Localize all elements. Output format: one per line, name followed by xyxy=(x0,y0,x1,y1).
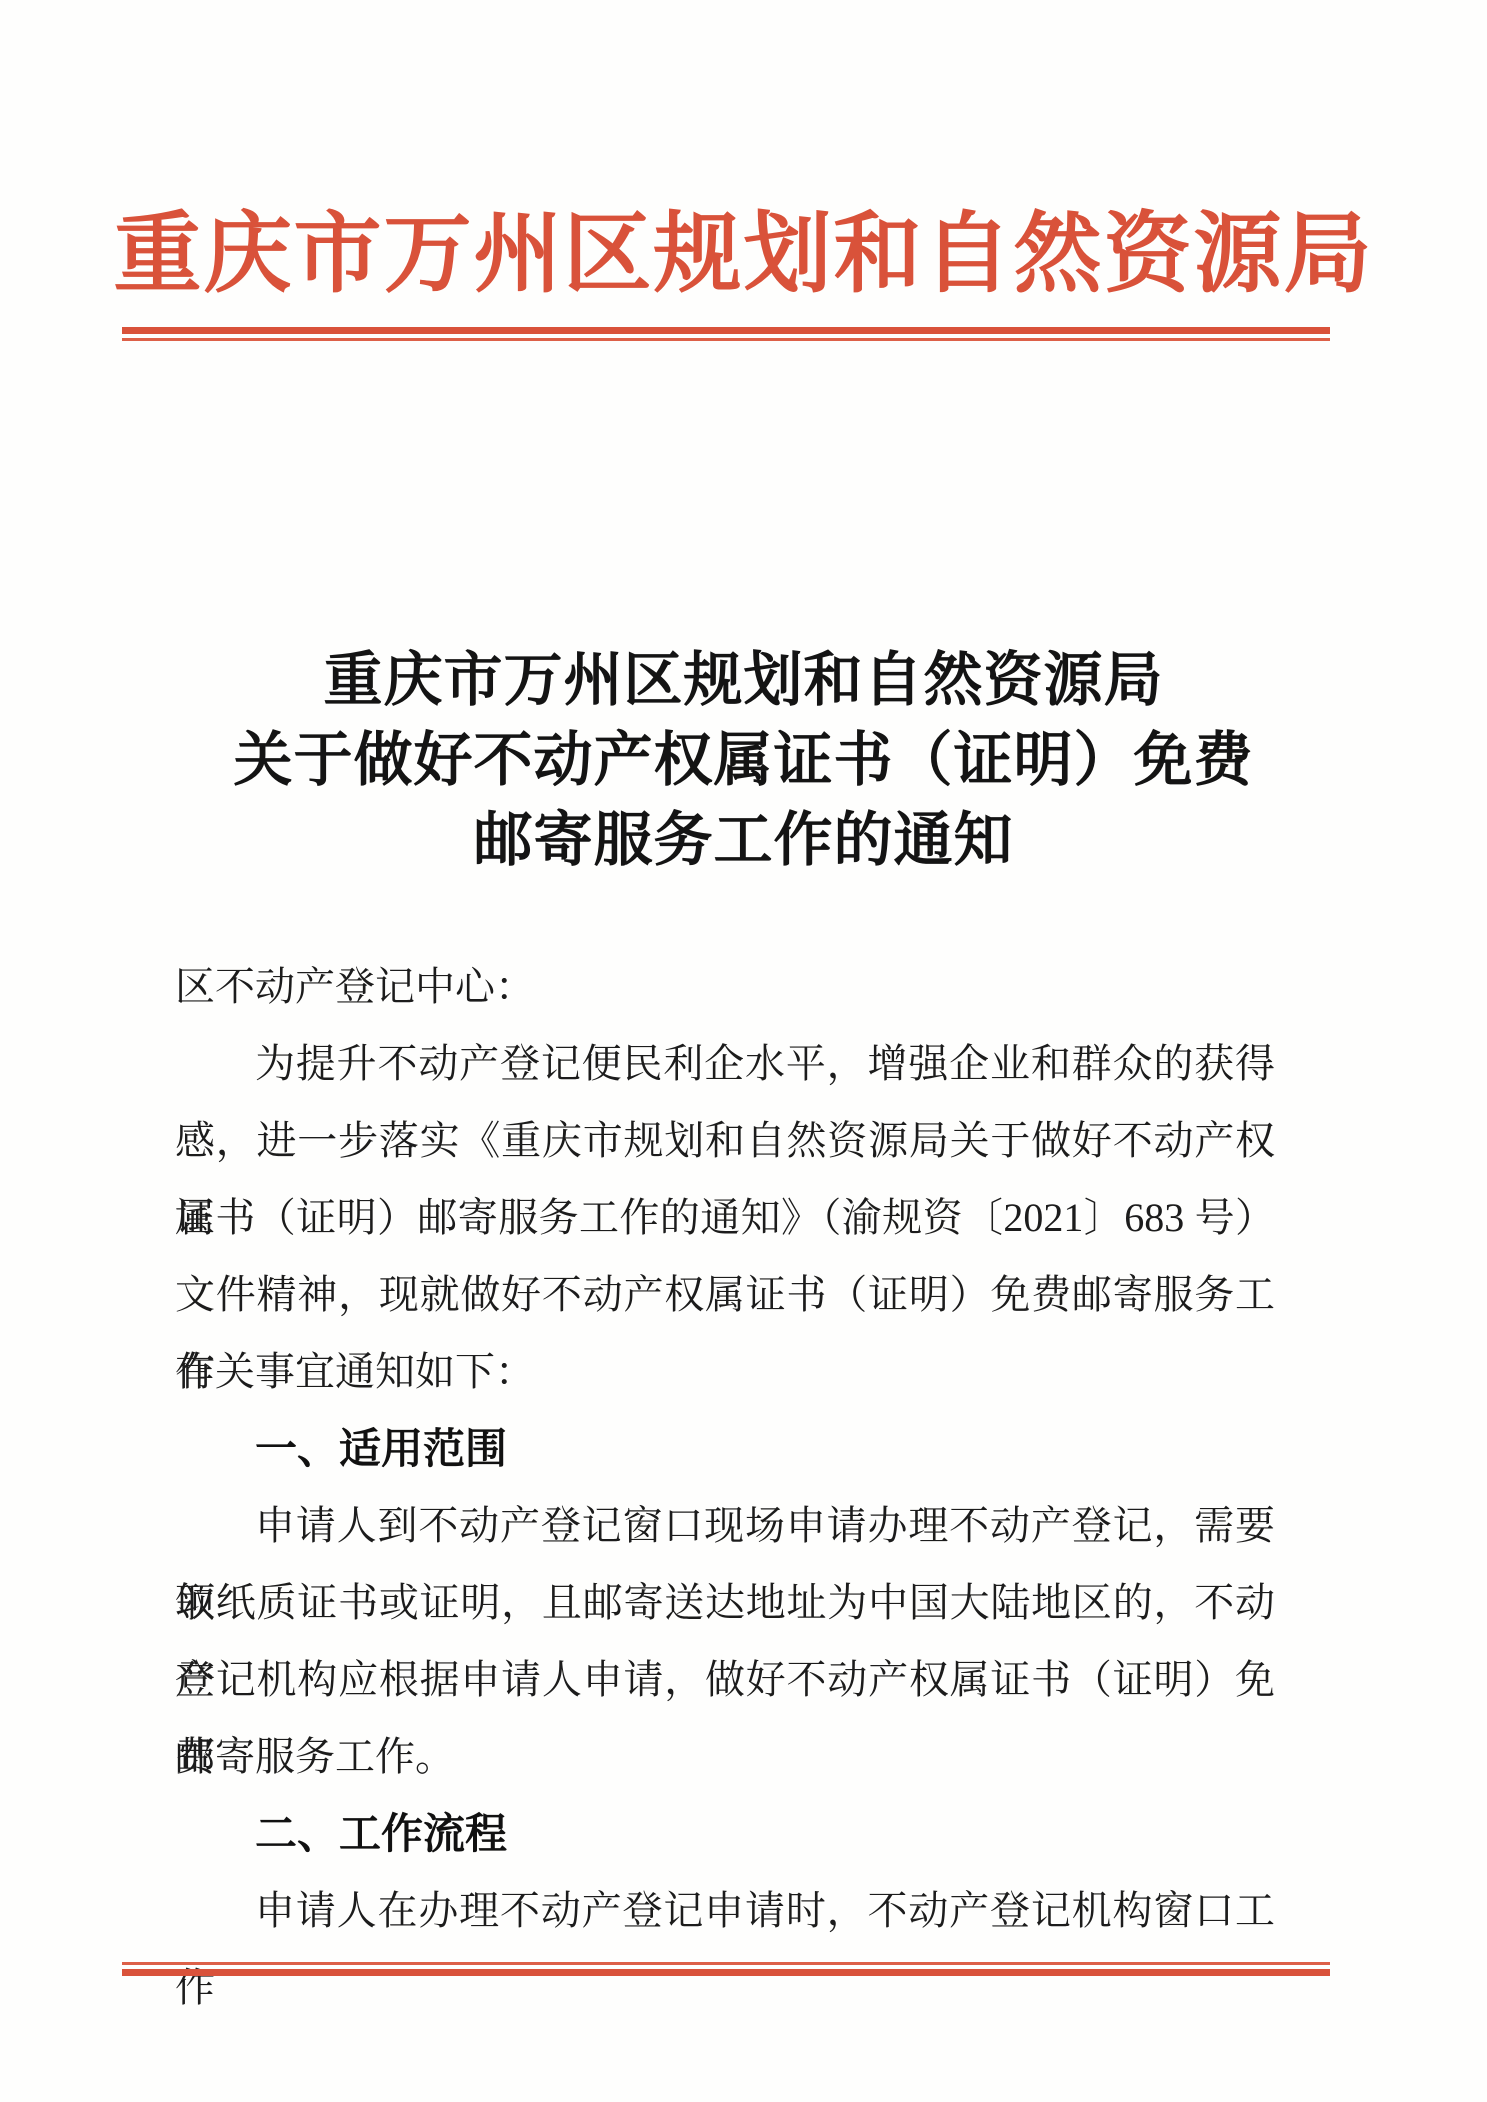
footer-rule xyxy=(122,1962,1330,1976)
body-line: 申请人在办理不动产登记申请时，不动产登记机构窗口工作 xyxy=(175,1872,1275,1949)
title-line-1: 重庆市万州区规划和自然资源局 xyxy=(0,640,1487,720)
document-body: 区不动产登记中心：为提升不动产登记便民利企水平，增强企业和群众的获得感，进一步落… xyxy=(175,948,1275,1949)
body-line: 区不动产登记中心： xyxy=(175,948,1275,1025)
title-line-2: 关于做好不动产权属证书（证明）免费 xyxy=(0,720,1487,800)
body-line: 文件精神，现就做好不动产权属证书（证明）免费邮寄服务工作 xyxy=(175,1256,1275,1333)
body-line: 申请人到不动产登记窗口现场申请办理不动产登记，需要领 xyxy=(175,1487,1275,1564)
body-line: 感，进一步落实《重庆市规划和自然资源局关于做好不动产权属 xyxy=(175,1102,1275,1179)
document-title: 重庆市万州区规划和自然资源局 关于做好不动产权属证书（证明）免费 邮寄服务工作的… xyxy=(0,640,1487,880)
body-line: 邮寄服务工作。 xyxy=(175,1718,1275,1795)
body-line: 证书（证明）邮寄服务工作的通知》（渝规资〔2021〕683 号） xyxy=(175,1179,1275,1256)
section-heading: 一、适用范围 xyxy=(175,1410,1275,1487)
footer-rule-thick-bar xyxy=(122,1969,1330,1976)
letterhead-rule-thin-bar xyxy=(122,338,1330,341)
body-line: 有关事宜通知如下： xyxy=(175,1333,1275,1410)
document-page: 重庆市万州区规划和自然资源局 重庆市万州区规划和自然资源局 关于做好不动产权属证… xyxy=(0,0,1487,2102)
letterhead-org-name: 重庆市万州区规划和自然资源局 xyxy=(0,196,1487,316)
body-line: 登记机构应根据申请人申请，做好不动产权属证书（证明）免费 xyxy=(175,1641,1275,1718)
letterhead-rule-thick-bar xyxy=(122,327,1330,334)
section-heading: 二、工作流程 xyxy=(175,1795,1275,1872)
body-line: 为提升不动产登记便民利企水平，增强企业和群众的获得 xyxy=(175,1025,1275,1102)
body-line: 取纸质证书或证明，且邮寄送达地址为中国大陆地区的，不动产 xyxy=(175,1564,1275,1641)
letterhead-rule xyxy=(122,327,1330,341)
title-line-3: 邮寄服务工作的通知 xyxy=(0,800,1487,880)
